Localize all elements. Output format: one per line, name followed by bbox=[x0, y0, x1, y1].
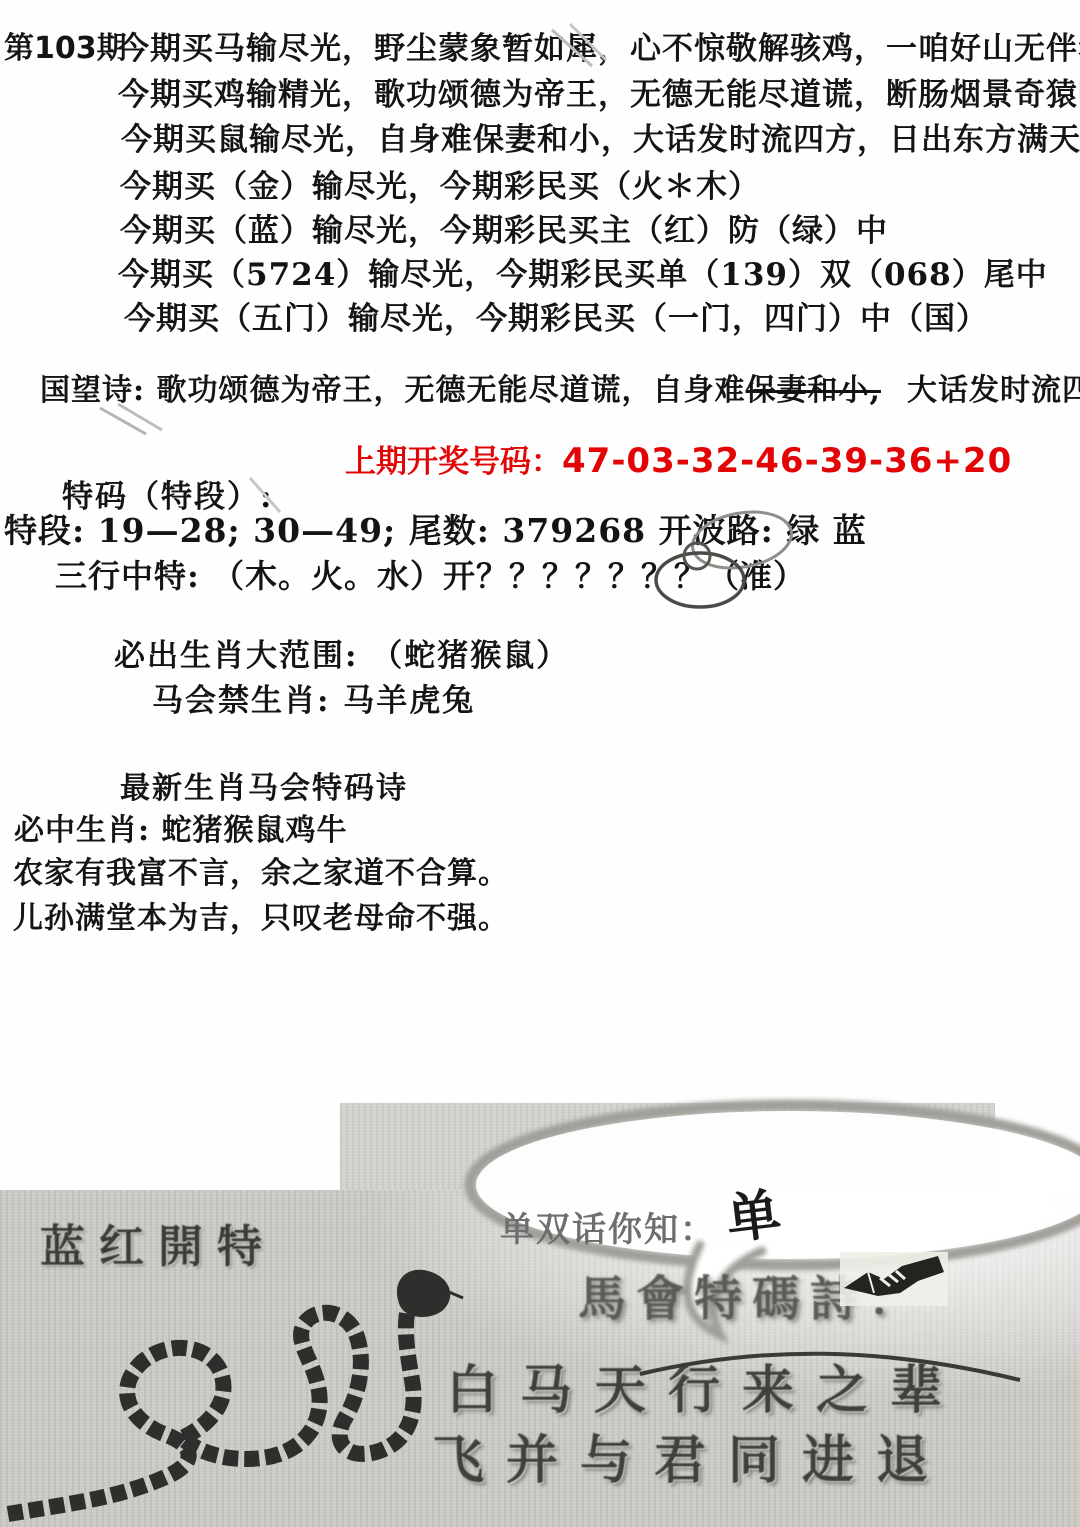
poem-line: 今期买（金）输尽光，今期彩民买（火＊木） bbox=[120, 168, 760, 207]
poem-line: 今期买（蓝）输尽光，今期彩民买主（红）防（绿）中 bbox=[120, 212, 888, 251]
guowang-tail: 大话发时流四方。 bbox=[907, 372, 1080, 410]
poem-line: 今期买鸡输精光，歌功颂德为帝王，无德无能尽道谎，断肠烟景奇猿啼。 bbox=[118, 76, 1080, 115]
poem-line: 今期买（5724）输尽光，今期彩民买单（139）双（068）尾中 bbox=[118, 256, 1048, 295]
last-draw-label: 上期开奖号码： bbox=[345, 444, 562, 480]
zodiac-banned: 马会禁生肖: 马羊虎兔 bbox=[152, 682, 475, 721]
poem2-line: 农家有我富不言，余之家道不合算。 bbox=[13, 855, 509, 893]
special-range-line: 特段: 19—28; 30—49; 尾数: 379268 开波路: 绿 蓝 bbox=[4, 510, 867, 551]
poem-line: 今期买（五门）输尽光，今期彩民买（一门，四门）中（国） bbox=[124, 300, 988, 339]
bubble-label: 单双话你知： bbox=[500, 1210, 716, 1250]
guowang-struck-text: 保妻和小, bbox=[746, 373, 881, 408]
bubble-value: 单 bbox=[722, 1171, 787, 1254]
lottery-tip-sheet: 第103期 今期买马输尽光，野尘蒙象暂如犀，心不惊敬解骇鸡，一咱好山无伴看。 今… bbox=[0, 0, 1080, 1527]
poem-line: 今期买马输尽光，野尘蒙象暂如犀，心不惊敬解骇鸡，一咱好山无伴看。 bbox=[118, 30, 1080, 69]
poem2-line: 儿孙满堂本为吉，只叹老母命不强。 bbox=[13, 900, 509, 938]
poem-line: 今期买鼠输尽光，自身难保妻和小，大话发时流四方，日出东方满天红。 bbox=[121, 121, 1080, 160]
handshake-icon bbox=[838, 1248, 950, 1310]
issue-number: 第103期 bbox=[4, 30, 127, 68]
zodiac-must-range: 必出生肖大范围: （蛇猪猴鼠） bbox=[114, 637, 569, 676]
last-draw-numbers: 47-03-32-46-39-36+20 bbox=[562, 441, 1012, 481]
last-draw-line: 上期开奖号码：47-03-32-46-39-36+20 bbox=[345, 440, 1012, 483]
guowang-text: 歌功颂德为帝王，无德无能尽道谎，自身难 bbox=[145, 373, 745, 408]
bubble-odd-even-line: 单双话你知：单 bbox=[500, 1180, 782, 1257]
snake-icon bbox=[4, 1262, 524, 1527]
guowang-label: 国望诗: bbox=[40, 373, 145, 408]
poem2-title: 最新生肖马会特码诗 bbox=[120, 770, 408, 808]
poem2-must-hit: 必中生肖: 蛇猪猴鼠鸡牛 bbox=[14, 812, 348, 850]
special-sanhang-line: 三行中特: （木。火。水）开？？？？？？？（准） bbox=[55, 556, 806, 596]
guowang-poem: 国望诗: 歌功颂德为帝王，无德无能尽道谎，自身难保妻和小,大话发时流四方。 bbox=[40, 372, 1080, 410]
